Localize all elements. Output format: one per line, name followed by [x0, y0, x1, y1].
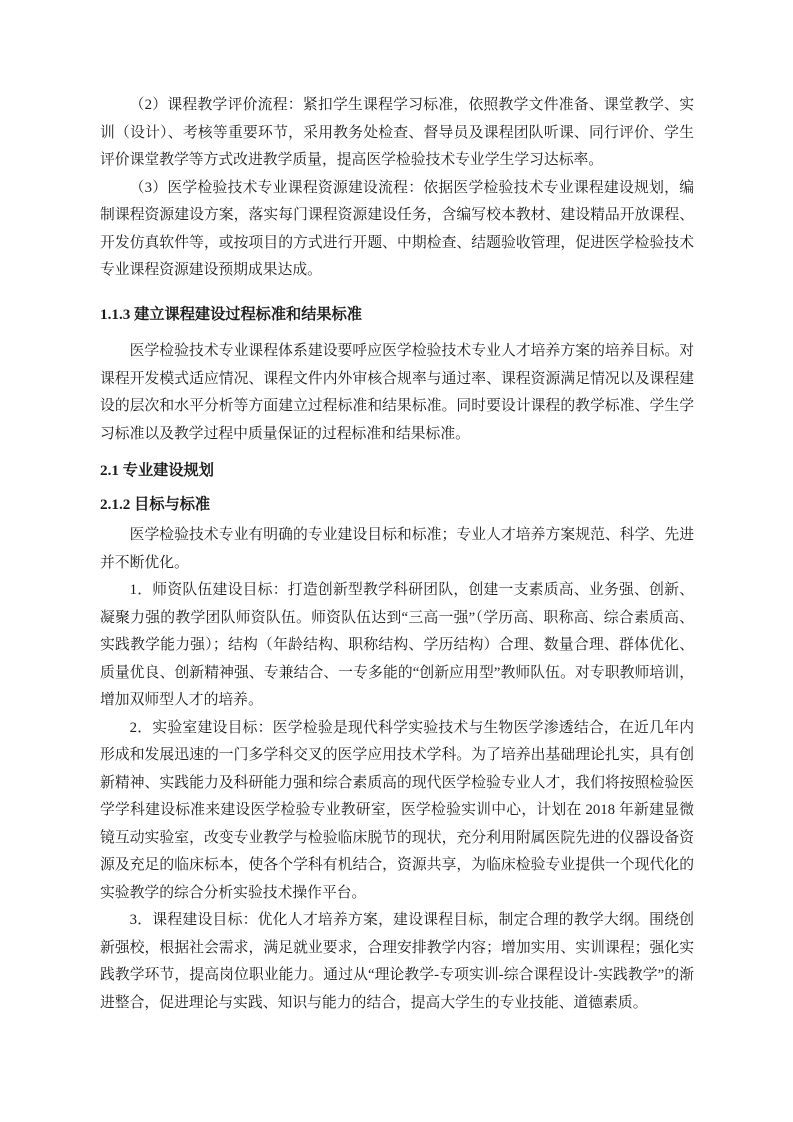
paragraph-faculty-goal: 1．师资队伍建设目标：打造创新型教学科研团队，创建一支素质高、业务强、创新、凝聚…: [100, 577, 694, 715]
paragraph-curriculum-goal: 3．课程建设目标：优化人才培养方案，建设课程目标，制定合理的教学大纲。围绕创新强…: [100, 907, 694, 1017]
heading-1-1-3: 1.1.3 建立课程建设过程标准和结果标准: [100, 301, 694, 329]
document-body: （2）课程教学评价流程：紧扣学生课程学习标准，依照教学文件准备、课堂教学、实训（…: [100, 92, 694, 1017]
paragraph-course-resource-process: （3）医学检验技术专业课程资源建设流程：依据医学检验技术专业课程建设规划，编制课…: [100, 175, 694, 285]
paragraph-standards: 医学检验技术专业课程体系建设要呼应医学检验技术专业人才培养方案的培养目标。对课程…: [100, 338, 694, 448]
heading-2-1: 2.1 专业建设规划: [100, 457, 694, 485]
paragraph-goal-overview: 医学检验技术专业有明确的专业建设目标和标准；专业人才培养方案规范、科学、先进并不…: [100, 522, 694, 577]
document-page: （2）课程教学评价流程：紧扣学生课程学习标准，依照教学文件准备、课堂教学、实训（…: [0, 0, 793, 1122]
paragraph-laboratory-goal: 2．实验室建设目标：医学检验是现代科学实验技术与生物医学渗透结合，在近几年内形成…: [100, 715, 694, 908]
heading-2-1-2: 2.1.2 目标与标准: [100, 491, 694, 519]
paragraph-course-evaluation-process: （2）课程教学评价流程：紧扣学生课程学习标准，依照教学文件准备、课堂教学、实训（…: [100, 92, 694, 175]
